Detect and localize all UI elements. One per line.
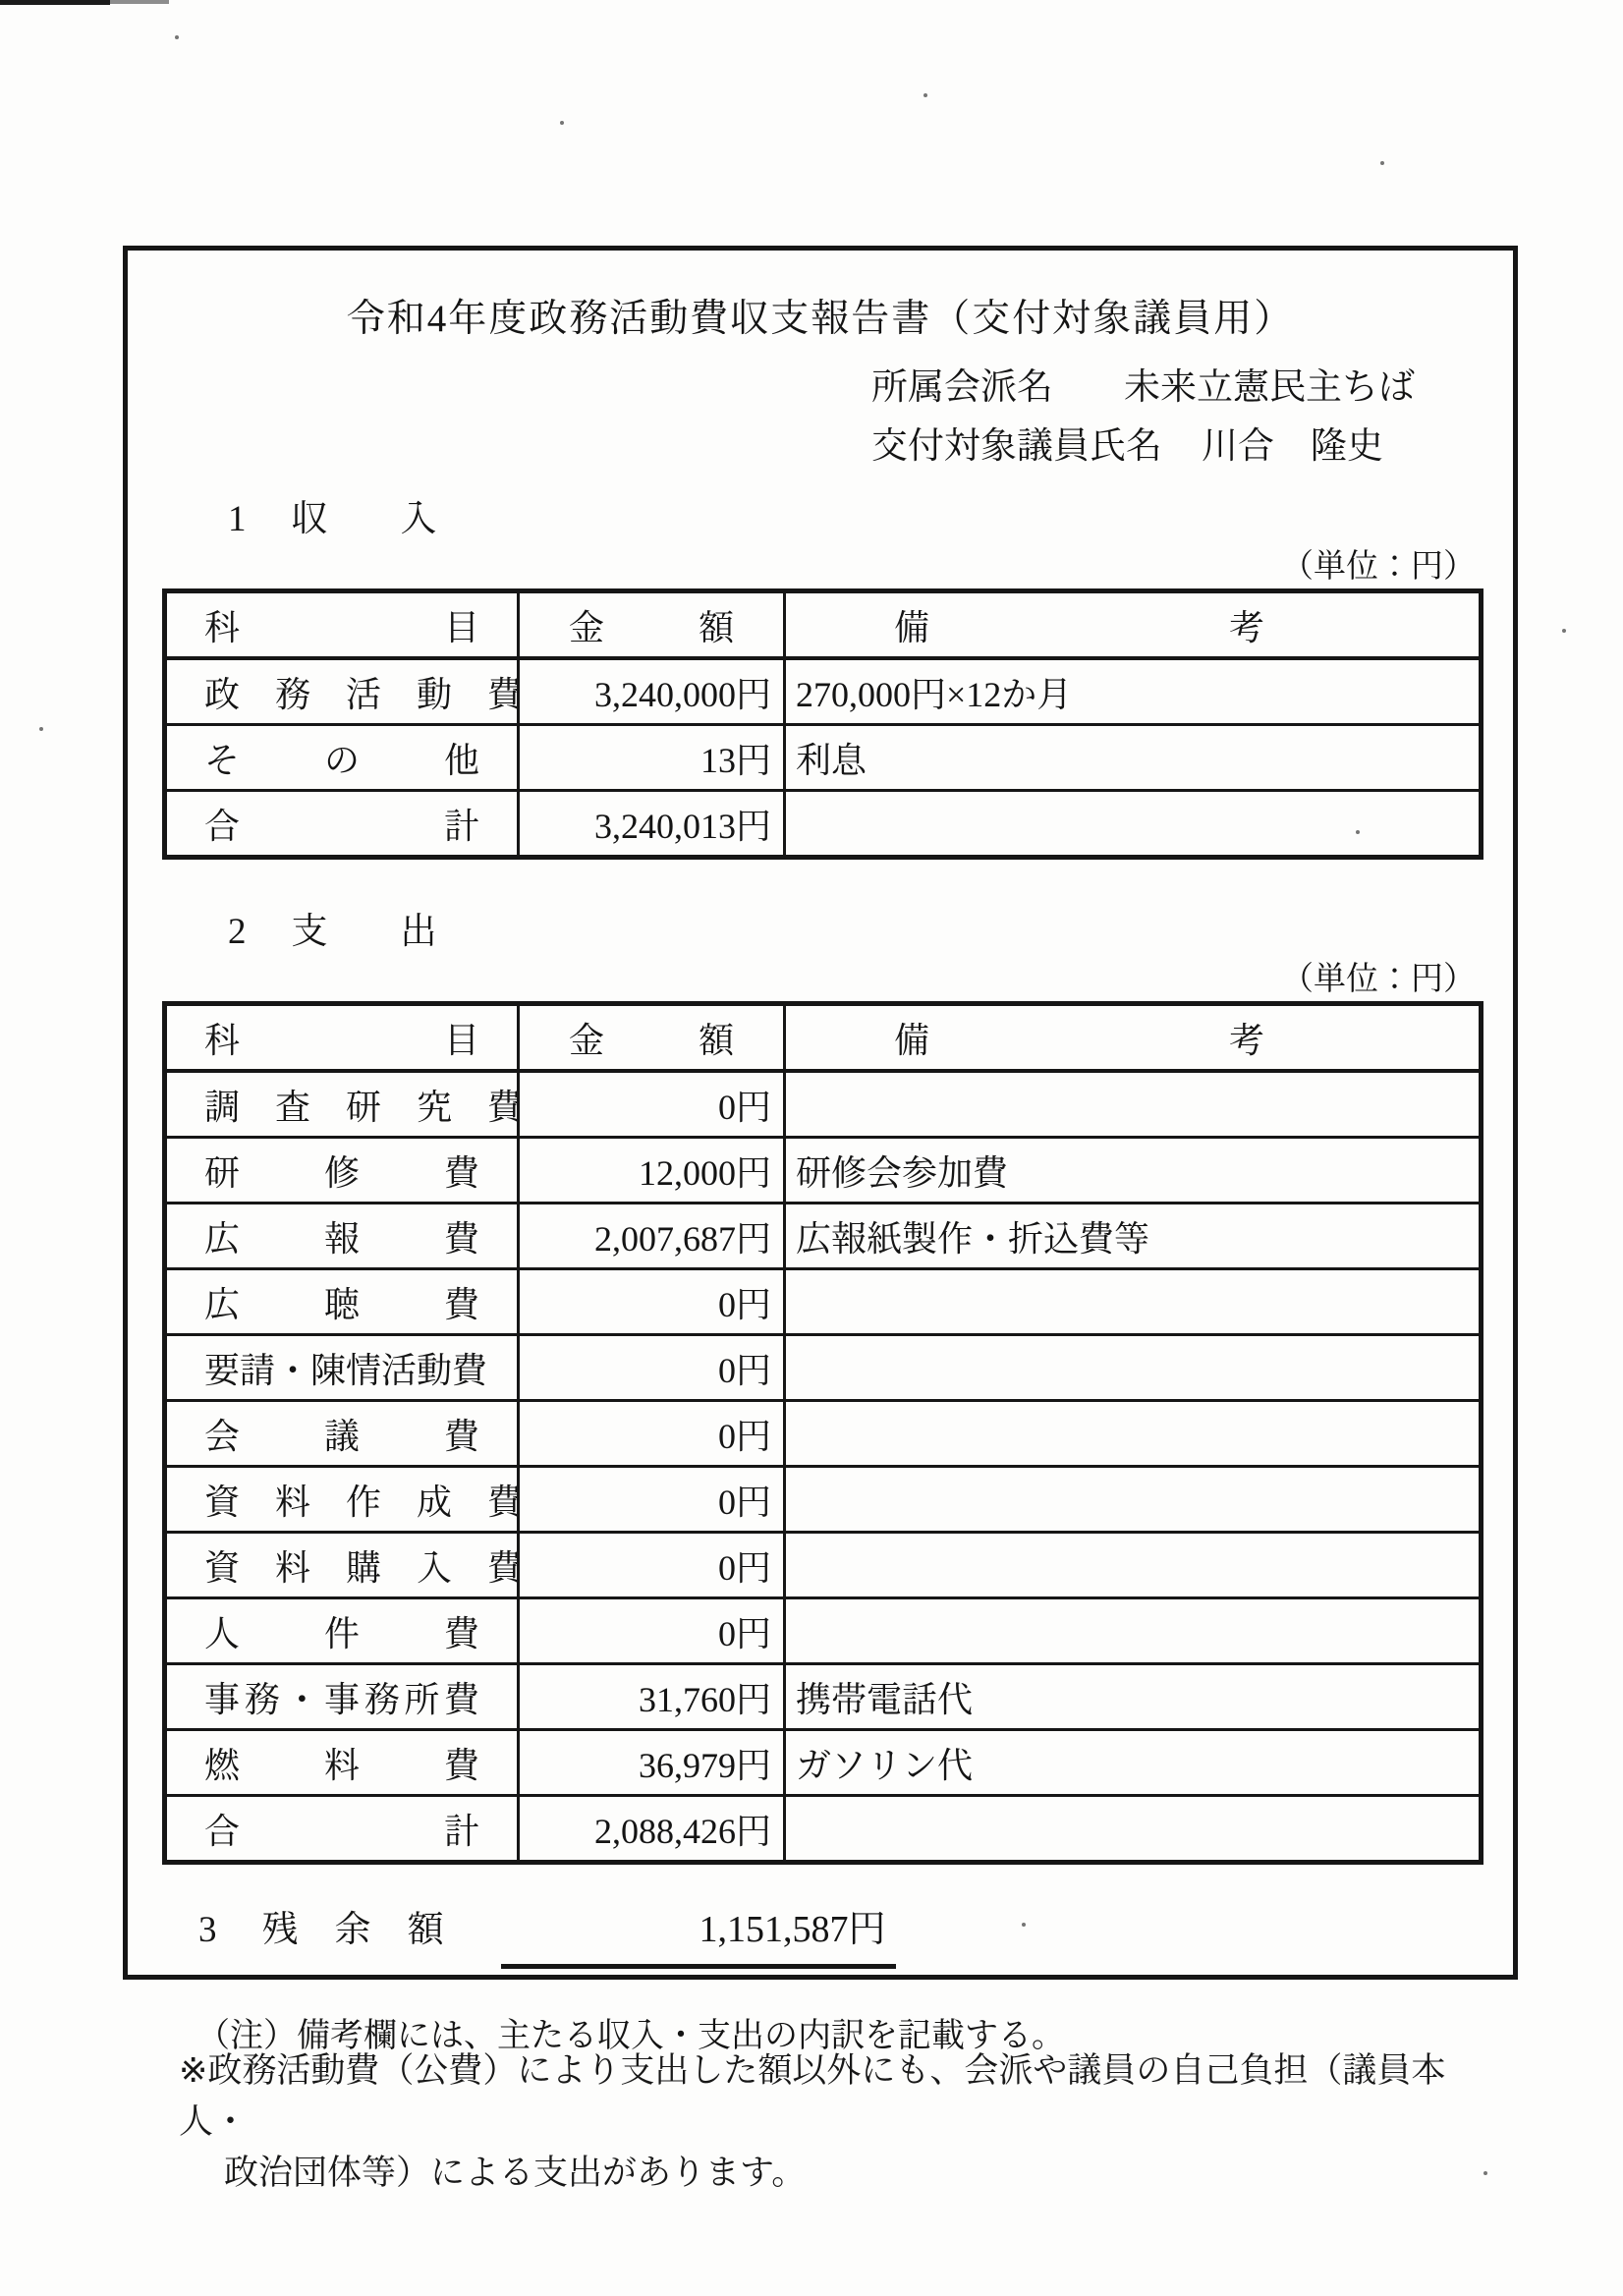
expense-table: 科 目 金 額 備 考 調 査 研 究 費 0円 研 修 費 12,000円 研…: [162, 1001, 1483, 1865]
scan-speckle: [175, 35, 179, 39]
table-row: 資 料 購 入 費 0円: [165, 1533, 1482, 1598]
amount-cell: 12,000円: [519, 1138, 785, 1204]
amount-cell: 0円: [519, 1401, 785, 1467]
expense-header-amount: 金 額: [519, 1004, 785, 1072]
table-row: 資 料 作 成 費 0円: [165, 1467, 1482, 1533]
amount-cell: 0円: [519, 1269, 785, 1335]
income-table: 科 目 金 額 備 考 政 務 活 動 費 3,240,000円 270,000…: [162, 588, 1483, 860]
expense-section-number: 2: [228, 912, 247, 952]
income-section-label: 収 入: [292, 499, 437, 539]
scan-edge-artifact: [110, 0, 169, 4]
note-cell: [785, 1533, 1482, 1598]
table-row: 合 計 2,088,426円: [165, 1796, 1482, 1863]
note-cell: [785, 1269, 1482, 1335]
page-title: 令和4年度政務活動費収支報告書（交付対象議員用）: [128, 288, 1513, 343]
income-section-number: 1: [228, 499, 247, 539]
amount-cell: 31,760円: [519, 1664, 785, 1730]
item-cell: 合 計: [165, 791, 519, 858]
table-row: そ の 他 13円 利息: [165, 725, 1482, 791]
income-unit-note: （単位：円）: [128, 547, 1476, 587]
amount-cell: 3,240,000円: [519, 658, 785, 725]
note-cell: 研修会参加費: [785, 1138, 1482, 1204]
item-cell: 資 料 購 入 費: [165, 1533, 519, 1598]
item-cell: 研 修 費: [165, 1138, 519, 1204]
item-cell: 資 料 作 成 費: [165, 1467, 519, 1533]
report-frame: 令和4年度政務活動費収支報告書（交付対象議員用） 所属会派名未来立憲民主ちば 交…: [123, 246, 1518, 1980]
scan-speckle: [923, 93, 927, 97]
note-cell: 利息: [785, 725, 1482, 791]
member-name: 川合 隆史: [1202, 426, 1383, 467]
item-cell: 燃 料 費: [165, 1730, 519, 1796]
table-row: 合 計 3,240,013円: [165, 791, 1482, 858]
item-cell: 事務・事務所費: [165, 1664, 519, 1730]
scan-speckle: [1380, 161, 1384, 165]
amount-cell: 0円: [519, 1533, 785, 1598]
note-cell: 270,000円×12か月: [785, 658, 1482, 725]
faction-line: 所属会派名未来立憲民主ちば: [871, 359, 1415, 418]
table-row: 事務・事務所費 31,760円 携帯電話代: [165, 1664, 1482, 1730]
table-row: 会 議 費 0円: [165, 1401, 1482, 1467]
item-cell: 合 計: [165, 1796, 519, 1863]
table-row: 要請・陳情活動費 0円: [165, 1335, 1482, 1401]
scanned-report-page: 令和4年度政務活動費収支報告書（交付対象議員用） 所属会派名未来立憲民主ちば 交…: [0, 0, 1623, 2296]
footnote-line-2: 政治団体等）による支出があります。: [179, 2148, 1495, 2199]
expense-section-heading: 2支 出: [228, 909, 1513, 956]
note-cell: [785, 1467, 1482, 1533]
scan-speckle: [39, 727, 43, 731]
amount-cell: 0円: [519, 1467, 785, 1533]
table-row: 燃 料 費 36,979円 ガソリン代: [165, 1730, 1482, 1796]
scan-speckle: [1562, 629, 1566, 633]
member-label: 交付対象議員氏名: [871, 426, 1162, 467]
table-row: 広 聴 費 0円: [165, 1269, 1482, 1335]
table-row: 調 査 研 究 費 0円: [165, 1071, 1482, 1138]
faction-label: 所属会派名: [871, 367, 1053, 408]
member-line: 交付対象議員氏名川合 隆史: [871, 418, 1415, 476]
item-cell: 人 件 費: [165, 1598, 519, 1664]
report-meta: 所属会派名未来立憲民主ちば 交付対象議員氏名川合 隆史: [871, 359, 1415, 476]
table-row: 人 件 費 0円: [165, 1598, 1482, 1664]
note-cell: 広報紙製作・折込費等: [785, 1204, 1482, 1269]
scan-speckle: [560, 121, 564, 125]
note-cell: [785, 791, 1482, 858]
faction-name: 未来立憲民主ちば: [1124, 367, 1415, 408]
note-cell: [785, 1598, 1482, 1664]
amount-cell: 0円: [519, 1071, 785, 1138]
footnote-line-1: ※政務活動費（公費）により支出した額以外にも、会派や議員の自己負担（議員本人・: [179, 2045, 1495, 2148]
note-cell: ガソリン代: [785, 1730, 1482, 1796]
note-cell: [785, 1796, 1482, 1863]
amount-cell: 0円: [519, 1335, 785, 1401]
note-cell: [785, 1401, 1482, 1467]
note-cell: 携帯電話代: [785, 1664, 1482, 1730]
amount-cell: 36,979円: [519, 1730, 785, 1796]
item-cell: 広 聴 費: [165, 1269, 519, 1335]
item-cell: 政 務 活 動 費: [165, 658, 519, 725]
amount-cell: 0円: [519, 1598, 785, 1664]
balance-amount: 1,151,587円: [501, 1898, 896, 1969]
note-cell: [785, 1071, 1482, 1138]
amount-cell: 13円: [519, 725, 785, 791]
amount-cell: 2,088,426円: [519, 1796, 785, 1863]
amount-cell: 3,240,013円: [519, 791, 785, 858]
item-cell: 調 査 研 究 費: [165, 1071, 519, 1138]
income-header-amount: 金 額: [519, 591, 785, 659]
table-row: 広 報 費 2,007,687円 広報紙製作・折込費等: [165, 1204, 1482, 1269]
item-cell: 会 議 費: [165, 1401, 519, 1467]
table-row: 政 務 活 動 費 3,240,000円 270,000円×12か月: [165, 658, 1482, 725]
item-cell: 広 報 費: [165, 1204, 519, 1269]
balance-section: 3残 余 額1,151,587円: [198, 1898, 1513, 1969]
income-header-note: 備 考: [785, 591, 1482, 659]
expense-header-row: 科 目 金 額 備 考: [165, 1004, 1482, 1072]
footnote: ※政務活動費（公費）により支出した額以外にも、会派や議員の自己負担（議員本人・ …: [179, 2045, 1495, 2199]
income-header-row: 科 目 金 額 備 考: [165, 591, 1482, 659]
scan-edge-artifact: [0, 0, 110, 5]
income-header-item: 科 目: [165, 591, 519, 659]
note-cell: [785, 1335, 1482, 1401]
expense-unit-note: （単位：円）: [128, 960, 1476, 999]
item-cell: 要請・陳情活動費: [165, 1335, 519, 1401]
expense-header-note: 備 考: [785, 1004, 1482, 1072]
expense-header-item: 科 目: [165, 1004, 519, 1072]
balance-section-number: 3: [198, 1910, 217, 1950]
table-row: 研 修 費 12,000円 研修会参加費: [165, 1138, 1482, 1204]
balance-label: 残 余 額: [262, 1910, 444, 1950]
item-cell: そ の 他: [165, 725, 519, 791]
amount-cell: 2,007,687円: [519, 1204, 785, 1269]
expense-section-label: 支 出: [292, 912, 437, 952]
income-section-heading: 1収 入: [228, 496, 1513, 543]
